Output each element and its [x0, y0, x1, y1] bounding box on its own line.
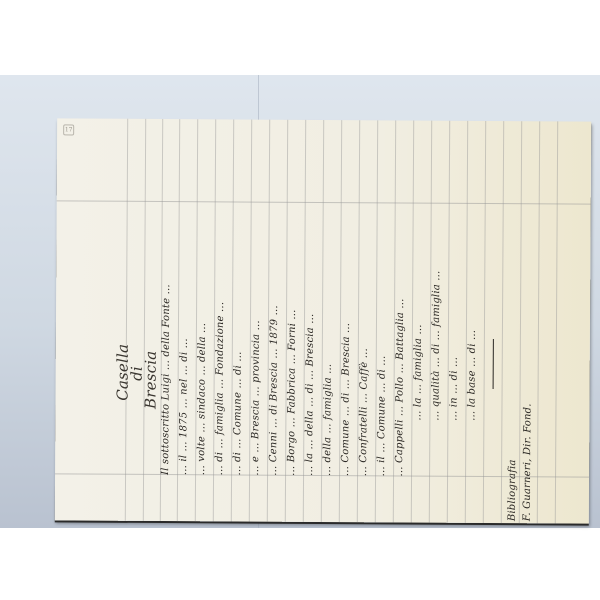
handwritten-line: ... di ... Comune ... di ...: [232, 351, 244, 475]
handwritten-line: ... il ... 1875 ... nel ... di ...: [178, 338, 190, 475]
vertical-ruling: [411, 121, 414, 523]
vertical-ruling: [501, 121, 504, 523]
closing-dash: [493, 339, 494, 389]
page-number-stamp: 17: [63, 124, 74, 135]
signature-line: Bibliografia: [507, 459, 518, 521]
vertical-ruling: [125, 119, 128, 521]
handwritten-line: ... e ... Brescia ... provincia ...: [250, 320, 262, 475]
signature-line: F. Guarneri, Dir. Fond.: [522, 403, 534, 521]
handwritten-line: ... Borgo ... Fabbrica ... Forni ...: [286, 309, 298, 475]
handwritten-line: Il sottoscritto Luigi ... della Fonte ..…: [160, 284, 172, 475]
handwritten-line: ... Cenni ... di Brescia ... 1879 ...: [268, 305, 280, 476]
handwritten-line: ... il ... Comune ... di ...: [376, 356, 388, 477]
handwritten-line: ... volte ... sindaco ... della ...: [196, 323, 208, 476]
handwritten-line: ... della ... famiglia ...: [322, 364, 334, 476]
handwritten-line: ... in ... di ...: [448, 357, 459, 421]
vertical-ruling: [465, 121, 468, 523]
handwritten-line: ... Confratelli ... Caffè ...: [358, 348, 370, 476]
handwritten-line: ... di ... famiglia ... Fondazione ...: [214, 302, 226, 476]
vertical-ruling: [483, 121, 486, 523]
handwritten-line: ... la base ... di ...: [466, 330, 478, 421]
vertical-ruling: [555, 121, 558, 523]
vertical-ruling: [447, 121, 450, 523]
handwritten-line: ... la ... famiglia ...: [412, 324, 424, 420]
vertical-ruling: [143, 119, 146, 521]
title-line: Brescia: [141, 351, 159, 409]
handwritten-line: ... Cappelli ... Pollo ... Battaglia ...: [394, 298, 406, 476]
vertical-ruling: [537, 121, 540, 523]
document-page: 17 Casella di Brescia Il sottoscritto Lu…: [55, 118, 591, 523]
handwritten-line: ... Comune ... di ... Brescia ...: [340, 323, 352, 476]
handwritten-line: ... qualità ... di ... famiglia ...: [430, 271, 442, 421]
handwritten-line: ... la ... della ... di ... Brescia ...: [304, 314, 316, 476]
